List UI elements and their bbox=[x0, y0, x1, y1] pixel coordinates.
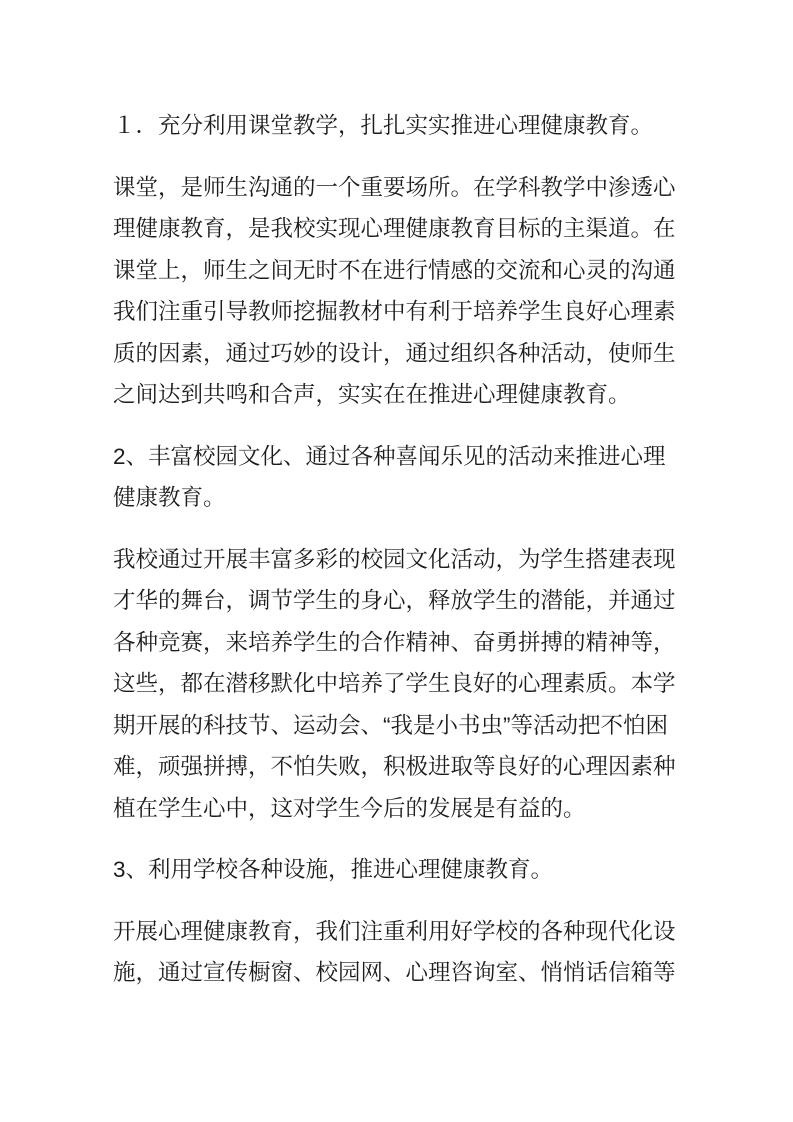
paragraph-2: 我校通过开展丰富多彩的校园文化活动，为学生搭建表现才华的舞台，调节学生的身心，释… bbox=[113, 539, 685, 830]
document-page: １．充分利用课堂教学，扎扎实实推进心理健康教育。 课堂，是师生沟通的一个重要场所… bbox=[0, 0, 793, 1122]
section-heading-1: １．充分利用课堂教学，扎扎实实推进心理健康教育。 bbox=[113, 105, 685, 147]
section-heading-2: 2、丰富校园文化、通过各种喜闻乐见的活动来推进心理健康教育。 bbox=[113, 436, 685, 519]
document-content: １．充分利用课堂教学，扎扎实实推进心理健康教育。 课堂，是师生沟通的一个重要场所… bbox=[0, 0, 793, 994]
section-heading-3: 3、利用学校各种设施，推进心理健康教育。 bbox=[113, 849, 685, 891]
paragraph-3: 开展心理健康教育，我们注重利用好学校的各种现代化设施，通过宣传橱窗、校园网、心理… bbox=[113, 911, 685, 994]
paragraph-1: 课堂，是师生沟通的一个重要场所。在学科教学中渗透心理健康教育，是我校实现心理健康… bbox=[113, 167, 685, 416]
